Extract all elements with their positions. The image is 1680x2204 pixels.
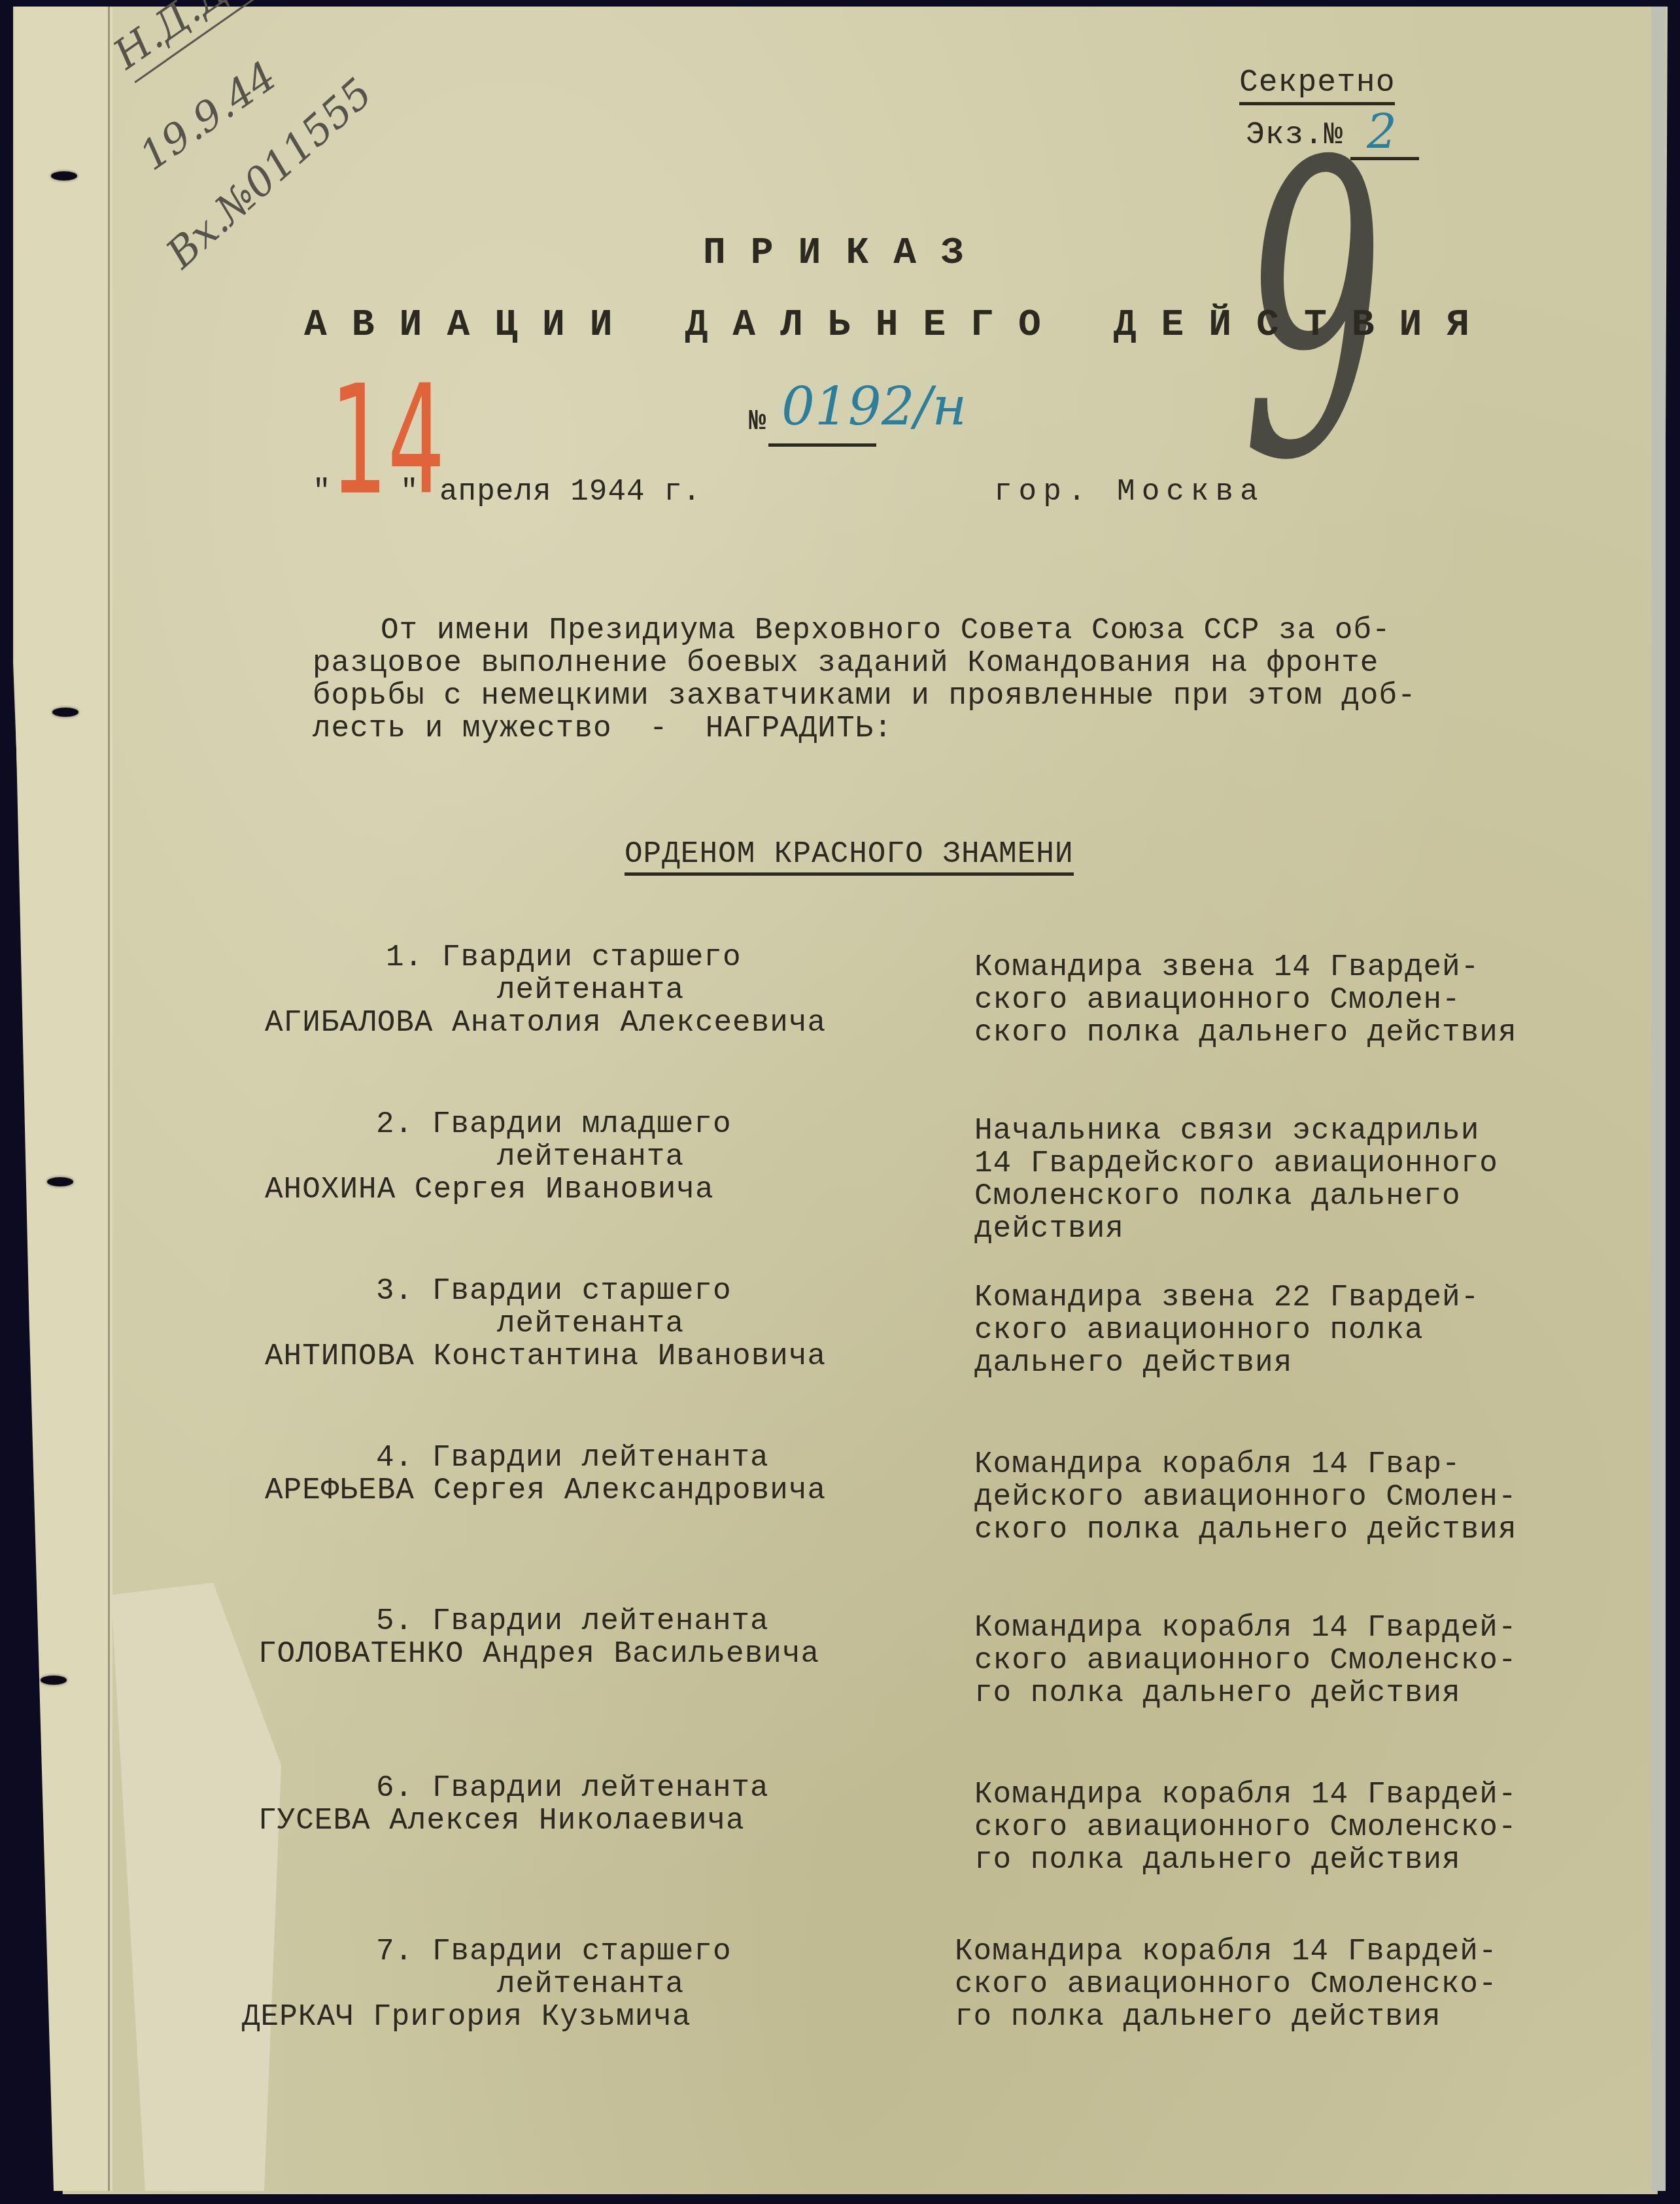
awardee-position-line: дейского авиационного Смолен- — [974, 1481, 1517, 1513]
preamble-line-3: борьбы с немецкими захватчиками и проявл… — [313, 680, 1416, 712]
awardee-position-line: го полка дальнего действия — [974, 1678, 1461, 1709]
awardee-name: ГОЛОВАТЕНКО Андрея Васильевича — [258, 1638, 819, 1670]
awardee-rank-cont: лейтенанта — [497, 1141, 684, 1173]
awardee-position-line: дальнего действия — [974, 1347, 1292, 1379]
awardee-position-line: ского авиационного Смоленско- — [974, 1645, 1517, 1676]
preamble-line-2: разцовое выполнение боевых заданий Коман… — [313, 647, 1379, 679]
awardee-position-line: ского авиационного Смолен- — [974, 984, 1461, 1016]
awardee-position-line: Командира звена 22 Гвардей- — [974, 1282, 1479, 1313]
preamble-line-4: лесть и мужество - НАГРАДИТЬ: — [313, 713, 893, 744]
location: гор. Москва — [994, 476, 1265, 508]
awardee-position-line: Командира звена 14 Гвардей- — [974, 952, 1479, 983]
awardee-position-line: ского авиационного Смоленско- — [974, 1812, 1517, 1843]
awardee-name: ГУСЕВА Алексея Николаевича — [258, 1805, 745, 1836]
award-heading: ОРДЕНОМ КРАСНОГО ЗНАМЕНИ — [625, 837, 1074, 876]
awardee-rank: 1. Гвардии старшего — [386, 942, 742, 973]
awardee-rank: 2. Гвардии младшего — [376, 1109, 732, 1140]
punch-hole-icon — [51, 171, 77, 181]
awardee-position-line: действия — [974, 1213, 1124, 1245]
awardee-rank: 5. Гвардии лейтенанта — [376, 1606, 769, 1637]
date-month-year: апреля 1944 г. — [439, 476, 701, 508]
order-number-underline — [768, 443, 876, 447]
awardee-position-line: ского авиационного Смоленско- — [955, 1969, 1498, 2000]
awardee-position-line: го полка дальнего действия — [974, 1844, 1461, 1876]
awardee-position-line: го полка дальнего действия — [955, 2001, 1441, 2033]
awardee-rank: 4. Гвардии лейтенанта — [376, 1442, 769, 1473]
punch-hole-icon — [41, 1676, 67, 1685]
punch-hole-icon — [52, 708, 78, 717]
awardee-rank: 6. Гвардии лейтенанта — [376, 1772, 769, 1804]
right-edge-strip — [1651, 7, 1666, 2191]
awardee-position-line: Смоленского полка дальнего — [974, 1180, 1461, 1212]
binding-margin — [14, 7, 112, 2191]
awardee-rank-cont: лейтенанта — [497, 1969, 684, 2000]
title-organization: АВИАЦИИ ДАЛЬНЕГО ДЕЙСТВИЯ — [304, 304, 1494, 347]
awardee-rank: 3. Гвардии старшего — [376, 1275, 732, 1307]
order-number-prefix: № — [749, 405, 766, 438]
awardee-position-line: ского полка дальнего действия — [974, 1514, 1517, 1545]
awardee-position-line: Начальника связи эскадрильи — [974, 1115, 1479, 1146]
awardee-rank-cont: лейтенанта — [497, 1308, 684, 1339]
awardee-position-line: ского полка дальнего действия — [974, 1017, 1517, 1048]
awardee-name: АНТИПОВА Константина Ивановича — [265, 1341, 826, 1372]
preamble-line-1: От имени Президиума Верховного Совета Со… — [381, 615, 1391, 646]
awardee-name: ДЕРКАЧ Григория Кузьмича — [242, 2001, 691, 2033]
awardee-position-line: ского авиационного полка — [974, 1315, 1424, 1346]
awardee-rank: 7. Гвардии старшего — [376, 1936, 732, 1967]
punch-hole-icon — [47, 1177, 73, 1186]
date-close-quote: " — [400, 476, 419, 508]
date-day: 14 — [330, 366, 445, 517]
awardee-position-line: 14 Гвардейского авиационного — [974, 1148, 1498, 1179]
margin-fold-line — [108, 7, 110, 2191]
date-open-quote: " — [313, 476, 332, 508]
order-number: 0192/н — [781, 376, 967, 437]
awardee-position-line: Командира корабля 14 Гвардей- — [974, 1779, 1517, 1810]
awardee-rank-cont: лейтенанта — [497, 974, 684, 1006]
title-order: ПРИКАЗ — [703, 232, 989, 275]
awardee-position-line: Командира корабля 14 Гвардей- — [955, 1936, 1498, 1967]
awardee-name: АНОХИНА Сергея Ивановича — [265, 1174, 714, 1205]
awardee-position-line: Командира корабля 14 Гвар- — [974, 1449, 1461, 1480]
awardee-name: АРЕФЬЕВА Сергея Александровича — [265, 1475, 826, 1506]
awardee-position-line: Командира корабля 14 Гвардей- — [974, 1612, 1517, 1644]
awardee-name: АГИБАЛОВА Анатолия Алексеевича — [265, 1007, 826, 1039]
